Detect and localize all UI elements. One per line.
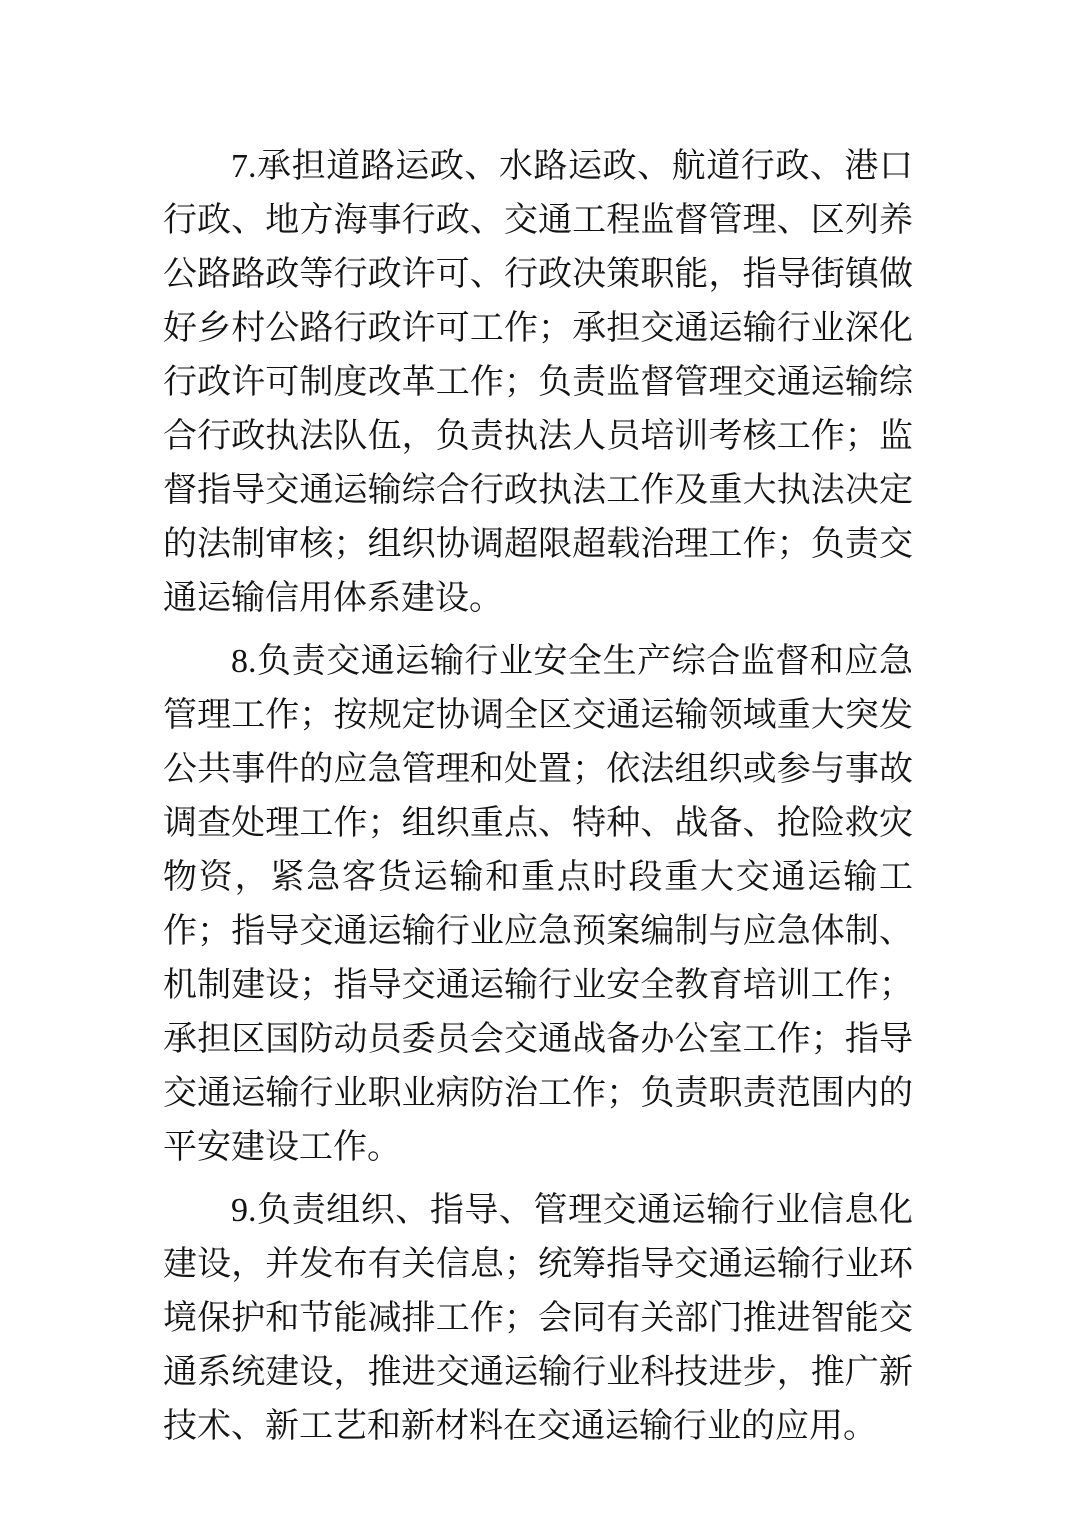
- paragraph-9: 9.负责组织、指导、管理交通运输行业信息化建设，并发布有关信息；统筹指导交通运输…: [163, 1184, 913, 1454]
- document-body: 7.承担道路运政、水路运政、航道行政、港口行政、地方海事行政、交通工程监督管理、…: [163, 140, 913, 1463]
- paragraph-8: 8.负责交通运输行业安全生产综合监督和应急管理工作；按规定协调全区交通运输领域重…: [163, 635, 913, 1175]
- paragraph-7: 7.承担道路运政、水路运政、航道行政、港口行政、地方海事行政、交通工程监督管理、…: [163, 140, 913, 626]
- document-page: 7.承担道路运政、水路运政、航道行政、港口行政、地方海事行政、交通工程监督管理、…: [0, 0, 1075, 1520]
